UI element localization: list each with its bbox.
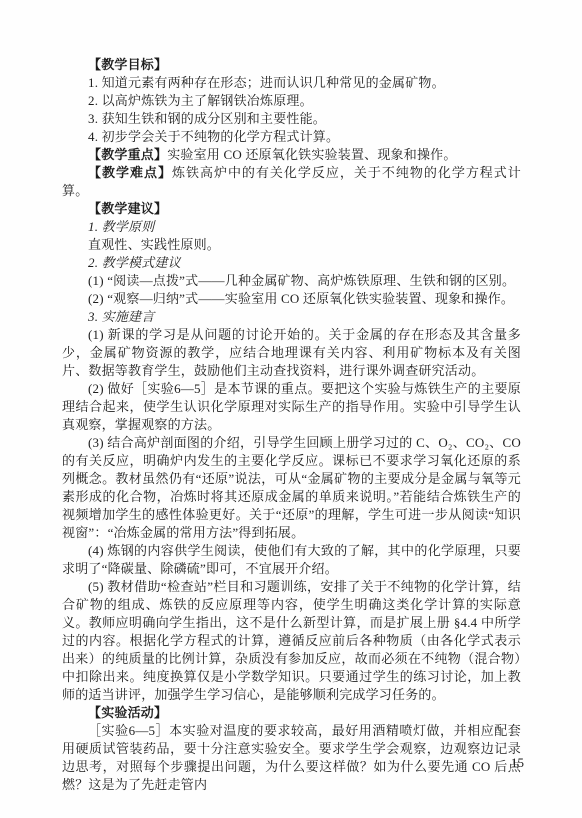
paragraph: 1. 知道元素有两种存在形态；进而认识几种常见的金属矿物。 — [62, 74, 521, 92]
text-run: 2. 以高炉炼铁为主了解钢铁冶炼原理。 — [88, 93, 313, 108]
text-run: 2. 教学模式建议 — [88, 255, 181, 270]
text-run: 【教学重点】 — [88, 147, 167, 162]
paragraph: (3) 结合高炉剖面图的介绍，引导学生回顾上册学习过的 C、O₂、CO₂、CO … — [62, 434, 521, 542]
text-run: 4. 初步学会关于不纯物的化学方程式计算。 — [88, 129, 339, 144]
text-run: 【教学难点】 — [88, 165, 172, 180]
paragraph: (5) 教材借助“检查站”栏目和习题训练，安排了关于不纯物的化学计算，结合矿物的… — [62, 578, 521, 704]
text-run: 直观性、实践性原则。 — [88, 237, 220, 252]
section-heading: 【教学目标】 — [62, 56, 521, 74]
text-run: 1. 教学原则 — [88, 219, 154, 234]
paragraph: (1) “阅读—点拨”式——几种金属矿物、高炉炼铁原理、生铁和钢的区别。 — [62, 272, 521, 290]
paragraph: (2) “观察—归纳”式——实验室用 CO 还原氧化铁实验装置、现象和操作。 — [62, 290, 521, 308]
paragraph: 2. 教学模式建议 — [62, 254, 521, 272]
text-run: 1. 知道元素有两种存在形态；进而认识几种常见的金属矿物。 — [88, 75, 445, 90]
text-run: (1) “阅读—点拨”式——几种金属矿物、高炉炼铁原理、生铁和钢的区别。 — [88, 273, 515, 288]
paragraph: 1. 教学原则 — [62, 218, 521, 236]
document-page: 【教学目标】1. 知道元素有两种存在形态；进而认识几种常见的金属矿物。2. 以高… — [0, 0, 582, 818]
document-body: 【教学目标】1. 知道元素有两种存在形态；进而认识几种常见的金属矿物。2. 以高… — [62, 56, 521, 794]
page-number: 15 — [511, 755, 524, 771]
text-run: 3. 实施建言 — [88, 309, 154, 324]
text-run: (3) 结合高炉剖面图的介绍，引导学生回顾上册学习过的 C、O₂、CO₂、CO … — [62, 435, 521, 540]
paragraph: (1) 新课的学习是从问题的讨论开始的。关于金属的存在形态及其含量多少，金属矿物… — [62, 326, 521, 380]
paragraph: ［实验6—5］本实验对温度的要求较高，最好用酒精喷灯做，并相应配套用硬质试管装药… — [62, 722, 521, 794]
text-run: 【实验活动】 — [88, 705, 167, 720]
paragraph: 3. 获知生铁和钢的成分区别和主要性能。 — [62, 110, 521, 128]
text-run: 【教学目标】 — [88, 57, 167, 72]
text-run: 3. 获知生铁和钢的成分区别和主要性能。 — [88, 111, 326, 126]
text-run: 【教学建议】 — [88, 201, 167, 216]
text-run: ［实验6—5］本实验对温度的要求较高，最好用酒精喷灯做，并相应配套用硬质试管装药… — [62, 723, 521, 792]
text-run: (5) 教材借助“检查站”栏目和习题训练，安排了关于不纯物的化学计算，结合矿物的… — [62, 579, 521, 702]
paragraph: 【教学重点】实验室用 CO 还原氧化铁实验装置、现象和操作。 — [62, 146, 521, 164]
section-heading: 【教学建议】 — [62, 200, 521, 218]
paragraph: 直观性、实践性原则。 — [62, 236, 521, 254]
paragraph: 4. 初步学会关于不纯物的化学方程式计算。 — [62, 128, 521, 146]
text-run: (2) “观察—归纳”式——实验室用 CO 还原氧化铁实验装置、现象和操作。 — [88, 291, 514, 306]
text-run: (4) 炼钢的内容供学生阅读，使他们有大致的了解，其中的化学原理，只要求明了“降… — [62, 543, 521, 576]
text-run: (2) 做好［实验6—5］是本节课的重点。要把这个实验与炼铁生产的主要原理结合起… — [62, 381, 521, 432]
paragraph: (4) 炼钢的内容供学生阅读，使他们有大致的了解，其中的化学原理，只要求明了“降… — [62, 542, 521, 578]
paragraph: (2) 做好［实验6—5］是本节课的重点。要把这个实验与炼铁生产的主要原理结合起… — [62, 380, 521, 434]
paragraph: 【教学难点】炼铁高炉中的有关化学反应，关于不纯物的化学方程式计算。 — [62, 164, 521, 200]
paragraph: 2. 以高炉炼铁为主了解钢铁冶炼原理。 — [62, 92, 521, 110]
text-run: 实验室用 CO 还原氧化铁实验装置、现象和操作。 — [167, 147, 456, 162]
section-heading: 【实验活动】 — [62, 704, 521, 722]
text-run: (1) 新课的学习是从问题的讨论开始的。关于金属的存在形态及其含量多少，金属矿物… — [62, 327, 521, 378]
paragraph: 3. 实施建言 — [62, 308, 521, 326]
